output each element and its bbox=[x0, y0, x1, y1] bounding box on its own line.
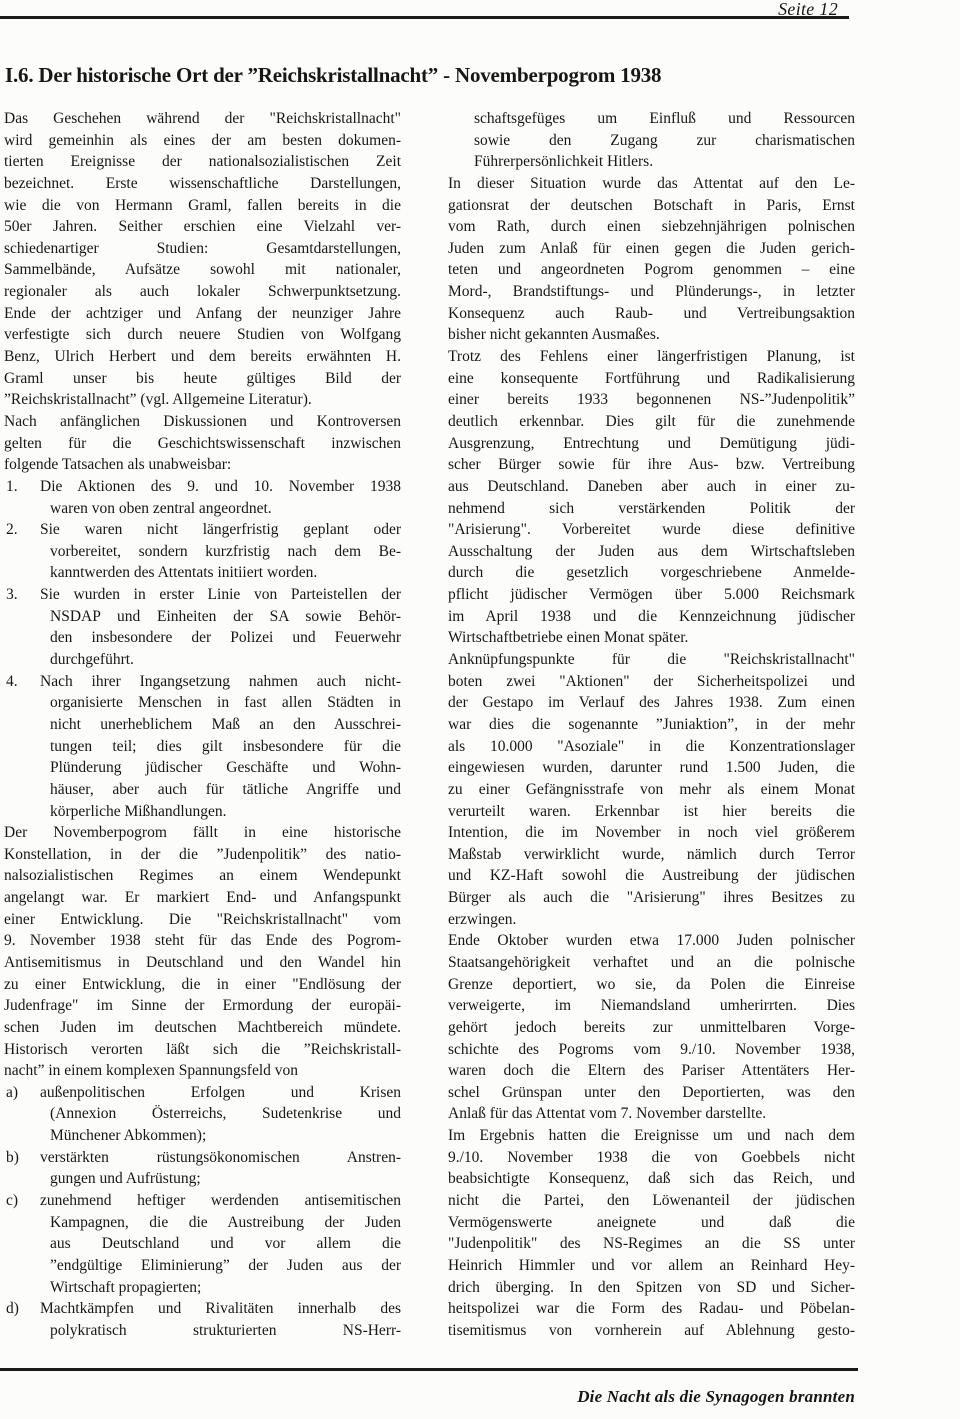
text-line: war dies die sogenannte ”Juniaktion”, in… bbox=[448, 714, 855, 736]
text-line-content: Grenze deportiert, wo sie, da Polen die … bbox=[448, 976, 855, 993]
text-line-content: nacht” in einem komplexen Spannungsfeld … bbox=[4, 1062, 298, 1079]
text-line-content: zu einer Entwicklung, die in einer "Endl… bbox=[4, 976, 401, 993]
text-line-content: Führerpersönlichkeit Hitlers. bbox=[474, 153, 653, 170]
text-line-content: Machtkämpfen und Rivalitäten innerhalb d… bbox=[40, 1300, 401, 1317]
text-line-content: Bürger als auch die "Arisierung" ihres B… bbox=[448, 889, 855, 906]
list-marker: 3. bbox=[6, 584, 18, 606]
text-line: 3.Sie wurden in erster Linie von Parteis… bbox=[4, 584, 401, 606]
text-line-content: schichte des Pogroms vom 9./10. November… bbox=[448, 1041, 855, 1058]
text-line: Antisemitismus in Deutschland und den Wa… bbox=[4, 952, 401, 974]
text-line-content: gationsrat der deutschen Botschaft in Pa… bbox=[448, 197, 855, 214]
text-line: vom Rath, durch einen siebzehnjährigen p… bbox=[448, 216, 855, 238]
text-line: tungen teil; dies gilt insbesondere für … bbox=[4, 736, 401, 758]
text-line-content: Münchener Abkommen); bbox=[50, 1127, 206, 1144]
text-line-content: Maßstab verwirklicht wurde, nämlich durc… bbox=[448, 846, 855, 863]
text-line: und KZ-Haft sowohl die Austreibung der j… bbox=[448, 865, 855, 887]
text-line-content: regionaler als auch lokaler Schwerpunkts… bbox=[4, 283, 401, 300]
text-line: vorbereitet, sondern kurzfristig nach de… bbox=[4, 541, 401, 563]
text-line-content: gelten für die Geschichtswissenschaft in… bbox=[4, 435, 401, 452]
text-line: kanntwerden des Attentats initiiert word… bbox=[4, 562, 401, 584]
text-line: angelangt war. Er markiert End- und Anfa… bbox=[4, 887, 401, 909]
text-line-content: einer Entwicklung. Die "Reichskristallna… bbox=[4, 911, 401, 928]
text-line: wird gemeinhin als eines der am besten d… bbox=[4, 130, 401, 152]
text-line: verweigerte, im Niemandsland umherirrten… bbox=[448, 995, 855, 1017]
text-line-content: zunehmend heftiger werdenden antisemitis… bbox=[40, 1192, 401, 1209]
text-line-content: beabsichtigte Konsequenz, daß sich das R… bbox=[448, 1170, 855, 1187]
text-line: Ende der achtziger und Anfang der neunzi… bbox=[4, 303, 401, 325]
text-line: tierten Ereignisse der nationalsozialist… bbox=[4, 151, 401, 173]
list-marker: c) bbox=[6, 1190, 18, 1212]
text-line: bisher nicht gekannten Ausmaßes. bbox=[448, 324, 855, 346]
text-line: Graml unser bis heute gültiges Bild der bbox=[4, 368, 401, 390]
text-line: polykratisch strukturierten NS-Herr- bbox=[4, 1320, 401, 1342]
text-line: sowie den Zugang zur charismatischen bbox=[448, 130, 855, 152]
text-line: drich überging. In den Spitzen von SD un… bbox=[448, 1277, 855, 1299]
list-marker: d) bbox=[6, 1298, 19, 1320]
text-line: Münchener Abkommen); bbox=[4, 1125, 401, 1147]
text-line: a)außenpolitischen Erfolgen und Krisen bbox=[4, 1082, 401, 1104]
text-line: ”endgültige Eliminierung” der Juden aus … bbox=[4, 1255, 401, 1277]
text-line: Sammelbände, Aufsätze sowohl mit nationa… bbox=[4, 259, 401, 281]
text-line-content: pflicht jüdischer Vermögen über 5.000 Re… bbox=[448, 586, 855, 603]
text-line-content: gungen und Aufrüstung; bbox=[50, 1170, 201, 1187]
text-line-content: waren von oben zentral angeordnet. bbox=[50, 500, 272, 517]
text-line-content: Ende der achtziger und Anfang der neunzi… bbox=[4, 305, 401, 322]
text-line: Judenfrage" im Sinne der Ermordung der e… bbox=[4, 995, 401, 1017]
text-line-content: In dieser Situation wurde das Attentat a… bbox=[448, 175, 855, 192]
text-line: Anlaß für das Attentat vom 7. November d… bbox=[448, 1103, 855, 1125]
text-line: (Annexion Österreichs, Sudetenkrise und bbox=[4, 1103, 401, 1125]
text-line: b)verstärkten rüstungsökonomischen Anstr… bbox=[4, 1147, 401, 1169]
text-line-content: Graml unser bis heute gültiges Bild der bbox=[4, 370, 401, 387]
text-line: 2.Sie waren nicht längerfristig geplant … bbox=[4, 519, 401, 541]
text-line: Grenze deportiert, wo sie, da Polen die … bbox=[448, 974, 855, 996]
text-line: NSDAP und Einheiten der SA sowie Behör- bbox=[4, 606, 401, 628]
text-line: Plünderung jüdischer Geschäfte und Wohn- bbox=[4, 757, 401, 779]
text-line-content: nehmend sich verstärkenden Politik der bbox=[448, 500, 855, 517]
text-line-content: Judenfrage" im Sinne der Ermordung der e… bbox=[4, 997, 401, 1014]
text-line-content: waren doch die Eltern des Pariser Attent… bbox=[448, 1062, 855, 1079]
text-line: schaftsgefüges um Einfluß und Ressourcen bbox=[448, 108, 855, 130]
text-line: Wirtschaftbetriebe einen Monat später. bbox=[448, 627, 855, 649]
text-line: bezeichnet. Erste wissenschaftliche Dars… bbox=[4, 173, 401, 195]
text-line: Ausgrenzung, Entrechtung und Demütigung … bbox=[448, 433, 855, 455]
text-line: nicht die Partei, den Löwenanteil der jü… bbox=[448, 1190, 855, 1212]
text-line: Benz, Ulrich Herbert und dem bereits erw… bbox=[4, 346, 401, 368]
text-line-content: im April 1938 und die Kennzeichnung jüdi… bbox=[448, 608, 855, 625]
text-line: waren doch die Eltern des Pariser Attent… bbox=[448, 1060, 855, 1082]
text-line: körperliche Mißhandlungen. bbox=[4, 801, 401, 823]
text-line-content: den insbesondere der Polizei und Feuerwe… bbox=[50, 629, 401, 646]
text-line-content: Sie wurden in erster Linie von Parteiste… bbox=[40, 586, 401, 603]
text-line: 9. November 1938 steht für das Ende des … bbox=[4, 930, 401, 952]
text-line: durchgeführt. bbox=[4, 649, 401, 671]
text-line: verurteilt waren. Erkennbar ist hier ber… bbox=[448, 801, 855, 823]
text-line-content: vorbereitet, sondern kurzfristig nach de… bbox=[50, 543, 401, 560]
list-marker: 1. bbox=[6, 476, 18, 498]
text-line: beabsichtigte Konsequenz, daß sich das R… bbox=[448, 1168, 855, 1190]
text-line: Ende Oktober wurden etwa 17.000 Juden po… bbox=[448, 930, 855, 952]
text-line: 4.Nach ihrer Ingangsetzung nahmen auch n… bbox=[4, 671, 401, 693]
text-line-content: schiedenartiger Studien: Gesamtdarstellu… bbox=[4, 240, 401, 257]
text-line-content: verstärkten rüstungsökonomischen Anstren… bbox=[40, 1149, 401, 1166]
text-line-content: Ausgrenzung, Entrechtung und Demütigung … bbox=[448, 435, 855, 452]
text-line-content: schen Juden im deutschen Machtbereich mü… bbox=[4, 1019, 401, 1036]
text-line: Kampagnen, die die Austreibung der Juden bbox=[4, 1212, 401, 1234]
text-line: Das Geschehen während der "Reichskristal… bbox=[4, 108, 401, 130]
text-line: teten und angeordneten Pogrom genommen –… bbox=[448, 259, 855, 281]
text-line-content: Konstellation, in der die ”Judenpolitik”… bbox=[4, 846, 401, 863]
text-line: regionaler als auch lokaler Schwerpunkts… bbox=[4, 281, 401, 303]
text-line: Konsequenz auch Raub- und Vertreibungsak… bbox=[448, 303, 855, 325]
text-line: erzwingen. bbox=[448, 909, 855, 931]
text-line-content: Antisemitismus in Deutschland und den Wa… bbox=[4, 954, 401, 971]
text-line-content: tisemitismus von vornherein auf Ablehnun… bbox=[448, 1322, 855, 1339]
text-line: c)zunehmend heftiger werdenden antisemit… bbox=[4, 1190, 401, 1212]
text-line-content: nalsozialistischen Regimes an einem Wend… bbox=[4, 867, 401, 884]
text-line-content: verfestigte sich durch neuere Studien vo… bbox=[4, 326, 401, 343]
text-line-content: verurteilt waren. Erkennbar ist hier ber… bbox=[448, 803, 855, 820]
text-line-content: Nach anfänglichen Diskussionen und Kontr… bbox=[4, 413, 401, 430]
text-line: Bürger als auch die "Arisierung" ihres B… bbox=[448, 887, 855, 909]
text-line: Konstellation, in der die ”Judenpolitik”… bbox=[4, 844, 401, 866]
text-line: Trotz des Fehlens einer längerfristigen … bbox=[448, 346, 855, 368]
text-line: heitspolizei war die Form des Radau- und… bbox=[448, 1298, 855, 1320]
text-line: tisemitismus von vornherein auf Ablehnun… bbox=[448, 1320, 855, 1342]
text-line-content: kanntwerden des Attentats initiiert word… bbox=[50, 564, 317, 581]
text-line-content: 9. November 1938 steht für das Ende des … bbox=[4, 932, 401, 949]
text-line-content: war dies die sogenannte ”Juniaktion”, in… bbox=[448, 716, 855, 733]
text-line-content: Plünderung jüdischer Geschäfte und Wohn- bbox=[50, 759, 401, 776]
text-line: deutlich erkennbar. Dies gilt für die zu… bbox=[448, 411, 855, 433]
text-line-content: Anknüpfungspunkte für die "Reichskristal… bbox=[448, 651, 855, 668]
text-line: ”Reichskristallnacht” (vgl. Allgemeine L… bbox=[4, 389, 401, 411]
text-line: "Arisierung". Vorbereitet wurde diese de… bbox=[448, 519, 855, 541]
text-line: einer bereits 1933 begonnenen NS-”Judenp… bbox=[448, 389, 855, 411]
text-line-content: ”endgültige Eliminierung” der Juden aus … bbox=[50, 1257, 401, 1274]
text-line: Nach anfänglichen Diskussionen und Kontr… bbox=[4, 411, 401, 433]
text-line-content: Sammelbände, Aufsätze sowohl mit nationa… bbox=[4, 261, 401, 278]
text-line: eine konsequente Fortführung und Radikal… bbox=[448, 368, 855, 390]
text-line-content: eingewiesen wurden, darunter rund 1.500 … bbox=[448, 759, 855, 776]
text-line-content: bezeichnet. Erste wissenschaftliche Dars… bbox=[4, 175, 401, 192]
text-line-content: und KZ-Haft sowohl die Austreibung der j… bbox=[448, 867, 855, 884]
text-line-content: heitspolizei war die Form des Radau- und… bbox=[448, 1300, 855, 1317]
text-line-content: Trotz des Fehlens einer längerfristigen … bbox=[448, 348, 855, 365]
text-line-content: Intention, die im November in noch viel … bbox=[448, 824, 855, 841]
text-line-content: aus Deutschland. Daneben aber auch in ei… bbox=[448, 478, 855, 495]
text-line-content: Heinrich Himmler und vor allem an Reinha… bbox=[448, 1257, 855, 1274]
text-line: Intention, die im November in noch viel … bbox=[448, 822, 855, 844]
text-line-content: tierten Ereignisse der nationalsozialist… bbox=[4, 153, 401, 170]
text-line-content: Sie waren nicht längerfristig geplant od… bbox=[40, 521, 401, 538]
text-line-content: Vermögenswerte aneignete und daß die bbox=[448, 1214, 855, 1231]
text-line: organisierte Menschen in fast allen Städ… bbox=[4, 692, 401, 714]
text-line: gationsrat der deutschen Botschaft in Pa… bbox=[448, 195, 855, 217]
text-line: schel Grünspan unter den Deportierten, w… bbox=[448, 1082, 855, 1104]
text-line-content: wird gemeinhin als eines der am besten d… bbox=[4, 132, 401, 149]
left-text-column: Das Geschehen während der "Reichskristal… bbox=[4, 108, 401, 1342]
text-line-content: Kampagnen, die die Austreibung der Juden bbox=[50, 1214, 401, 1231]
text-line-content: einer bereits 1933 begonnenen NS-”Judenp… bbox=[448, 391, 855, 408]
text-line: boten zwei "Aktionen" der Sicherheitspol… bbox=[448, 671, 855, 693]
text-line: Führerpersönlichkeit Hitlers. bbox=[448, 151, 855, 173]
text-line-content: nicht die Partei, den Löwenanteil der jü… bbox=[448, 1192, 855, 1209]
text-line-content: Konsequenz auch Raub- und Vertreibungsak… bbox=[448, 305, 855, 322]
text-line-content: tungen teil; dies gilt insbesondere für … bbox=[50, 738, 401, 755]
text-line: Juden zum Anlaß für einen gegen die Jude… bbox=[448, 238, 855, 260]
text-line-content: Ausschaltung der Juden aus dem Wirtschaf… bbox=[448, 543, 855, 560]
text-line-content: Staatsangehörigkeit verhaftet und an die… bbox=[448, 954, 855, 971]
text-line: 1.Die Aktionen des 9. und 10. November 1… bbox=[4, 476, 401, 498]
text-line-content: schaftsgefüges um Einfluß und Ressourcen bbox=[474, 110, 855, 127]
text-line-content: angelangt war. Er markiert End- und Anfa… bbox=[4, 889, 401, 906]
text-line: Im Ergebnis hatten die Ereignisse um und… bbox=[448, 1125, 855, 1147]
text-line-content: 9./10. November 1938 die von Goebbels ni… bbox=[448, 1149, 855, 1166]
header-rule bbox=[0, 16, 849, 19]
text-line: nacht” in einem komplexen Spannungsfeld … bbox=[4, 1060, 401, 1082]
text-line-content: Mord-, Brandstiftungs- und Plünderungs-,… bbox=[448, 283, 855, 300]
text-line: Historisch verorten läßt sich die ”Reich… bbox=[4, 1039, 401, 1061]
text-line-content: drich überging. In den Spitzen von SD un… bbox=[448, 1279, 855, 1296]
text-line: schichte des Pogroms vom 9./10. November… bbox=[448, 1039, 855, 1061]
text-line: der Gestapo im Verlauf des Jahres 1938. … bbox=[448, 692, 855, 714]
text-line-content: ”Reichskristallnacht” (vgl. Allgemeine L… bbox=[4, 391, 312, 408]
list-marker: b) bbox=[6, 1147, 19, 1169]
text-line: schen Juden im deutschen Machtbereich mü… bbox=[4, 1017, 401, 1039]
text-line-content: Nach ihrer Ingangsetzung nahmen auch nic… bbox=[40, 673, 401, 690]
text-line: scher Bürger sowie für ihre Aus- bzw. Ve… bbox=[448, 454, 855, 476]
text-line-content: außenpolitischen Erfolgen und Krisen bbox=[40, 1084, 401, 1101]
text-line: d)Machtkämpfen und Rivalitäten innerhalb… bbox=[4, 1298, 401, 1320]
text-line: gelten für die Geschichtswissenschaft in… bbox=[4, 433, 401, 455]
text-line-content: boten zwei "Aktionen" der Sicherheitspol… bbox=[448, 673, 855, 690]
text-line-content: als 10.000 "Asoziale" in die Konzentrati… bbox=[448, 738, 855, 755]
text-line-content: erzwingen. bbox=[448, 911, 516, 928]
text-line: nehmend sich verstärkenden Politik der bbox=[448, 498, 855, 520]
text-line-content: Im Ergebnis hatten die Ereignisse um und… bbox=[448, 1127, 855, 1144]
text-line-content: Historisch verorten läßt sich die ”Reich… bbox=[4, 1041, 401, 1058]
text-line-content: nicht unerheblichem Maß an den Ausschrei… bbox=[50, 716, 401, 733]
text-line-content: zu einer Gefängnisstrafe von mehr als ei… bbox=[448, 781, 855, 798]
text-line-content: wie die von Hermann Graml, fallen bereit… bbox=[4, 197, 401, 214]
text-line-content: verweigerte, im Niemandsland umherirrten… bbox=[448, 997, 855, 1014]
text-line-content: Anlaß für das Attentat vom 7. November d… bbox=[448, 1105, 766, 1122]
text-line-content: durchgeführt. bbox=[50, 651, 134, 668]
text-line: gungen und Aufrüstung; bbox=[4, 1168, 401, 1190]
text-line-content: Ende Oktober wurden etwa 17.000 Juden po… bbox=[448, 932, 855, 949]
text-line-content: eine konsequente Fortführung und Radikal… bbox=[448, 370, 855, 387]
text-line: Der Novemberpogrom fällt in eine histori… bbox=[4, 822, 401, 844]
text-line: gehört jedoch bereits zur unmittelbaren … bbox=[448, 1017, 855, 1039]
text-line-content: "Judenpolitik" des NS-Regimes an die SS … bbox=[448, 1235, 855, 1252]
text-line: In dieser Situation wurde das Attentat a… bbox=[448, 173, 855, 195]
text-line-content: körperliche Mißhandlungen. bbox=[50, 803, 226, 820]
text-line-content: NSDAP und Einheiten der SA sowie Behör- bbox=[50, 608, 401, 625]
text-line: Wirtschaft propagierten; bbox=[4, 1277, 401, 1299]
text-line-content: vom Rath, durch einen siebzehnjährigen p… bbox=[448, 218, 855, 235]
text-line: durch die gesetzlich vorgeschriebene Anm… bbox=[448, 562, 855, 584]
list-marker: 2. bbox=[6, 519, 18, 541]
list-marker: 4. bbox=[6, 671, 18, 693]
text-line: folgende Tatsachen als unabweisbar: bbox=[4, 454, 401, 476]
text-line: Mord-, Brandstiftungs- und Plünderungs-,… bbox=[448, 281, 855, 303]
text-line-content: Die Aktionen des 9. und 10. November 193… bbox=[40, 478, 401, 495]
text-line-content: deutlich erkennbar. Dies gilt für die zu… bbox=[448, 413, 855, 430]
text-line-content: Wirtschaftbetriebe einen Monat später. bbox=[448, 629, 688, 646]
text-line-content: bisher nicht gekannten Ausmaßes. bbox=[448, 326, 660, 343]
text-line: Vermögenswerte aneignete und daß die bbox=[448, 1212, 855, 1234]
footer-book-title: Die Nacht als die Synagogen brannten bbox=[448, 1387, 855, 1407]
scanned-document-page: Seite 12 I.6. Der historische Ort der ”R… bbox=[0, 0, 960, 1419]
text-line-content: häuser, aber auch für tätliche Angriffe … bbox=[50, 781, 401, 798]
text-line: waren von oben zentral angeordnet. bbox=[4, 498, 401, 520]
text-line-content: schel Grünspan unter den Deportierten, w… bbox=[448, 1084, 855, 1101]
text-line: 50er Jahren. Seither erschien eine Vielz… bbox=[4, 216, 401, 238]
text-line-content: Wirtschaft propagierten; bbox=[50, 1279, 201, 1296]
text-line-content: polykratisch strukturierten NS-Herr- bbox=[50, 1322, 401, 1339]
text-line-content: der Gestapo im Verlauf des Jahres 1938. … bbox=[448, 694, 855, 711]
text-line-content: Juden zum Anlaß für einen gegen die Jude… bbox=[448, 240, 855, 257]
text-line: eingewiesen wurden, darunter rund 1.500 … bbox=[448, 757, 855, 779]
text-line: zu einer Gefängnisstrafe von mehr als ei… bbox=[448, 779, 855, 801]
text-line: im April 1938 und die Kennzeichnung jüdi… bbox=[448, 606, 855, 628]
text-line: "Judenpolitik" des NS-Regimes an die SS … bbox=[448, 1233, 855, 1255]
text-line-content: scher Bürger sowie für ihre Aus- bzw. Ve… bbox=[448, 456, 855, 473]
text-line: nicht unerheblichem Maß an den Ausschrei… bbox=[4, 714, 401, 736]
text-line-content: "Arisierung". Vorbereitet wurde diese de… bbox=[448, 521, 855, 538]
text-line: Heinrich Himmler und vor allem an Reinha… bbox=[448, 1255, 855, 1277]
text-line-content: 50er Jahren. Seither erschien eine Vielz… bbox=[4, 218, 401, 235]
text-line: schiedenartiger Studien: Gesamtdarstellu… bbox=[4, 238, 401, 260]
text-line: einer Entwicklung. Die "Reichskristallna… bbox=[4, 909, 401, 931]
text-line-content: Benz, Ulrich Herbert und dem bereits erw… bbox=[4, 348, 401, 365]
text-line: als 10.000 "Asoziale" in die Konzentrati… bbox=[448, 736, 855, 758]
text-line-content: sowie den Zugang zur charismatischen bbox=[474, 132, 855, 149]
text-line: aus Deutschland. Daneben aber auch in ei… bbox=[448, 476, 855, 498]
text-line: Maßstab verwirklicht wurde, nämlich durc… bbox=[448, 844, 855, 866]
text-line: den insbesondere der Polizei und Feuerwe… bbox=[4, 627, 401, 649]
text-line: pflicht jüdischer Vermögen über 5.000 Re… bbox=[448, 584, 855, 606]
text-line: Staatsangehörigkeit verhaftet und an die… bbox=[448, 952, 855, 974]
text-line-content: Das Geschehen während der "Reichskristal… bbox=[4, 110, 401, 127]
text-line: Ausschaltung der Juden aus dem Wirtschaf… bbox=[448, 541, 855, 563]
text-line: wie die von Hermann Graml, fallen bereit… bbox=[4, 195, 401, 217]
text-line: nalsozialistischen Regimes an einem Wend… bbox=[4, 865, 401, 887]
text-line: verfestigte sich durch neuere Studien vo… bbox=[4, 324, 401, 346]
text-line-content: (Annexion Österreichs, Sudetenkrise und bbox=[50, 1105, 401, 1122]
text-line-content: durch die gesetzlich vorgeschriebene Anm… bbox=[448, 564, 855, 581]
text-line-content: gehört jedoch bereits zur unmittelbaren … bbox=[448, 1019, 855, 1036]
list-marker: a) bbox=[6, 1082, 18, 1104]
section-title: I.6. Der historische Ort der ”Reichskris… bbox=[5, 63, 661, 88]
text-line: häuser, aber auch für tätliche Angriffe … bbox=[4, 779, 401, 801]
right-text-column: schaftsgefüges um Einfluß und Ressourcen… bbox=[448, 108, 855, 1342]
text-line: 9./10. November 1938 die von Goebbels ni… bbox=[448, 1147, 855, 1169]
text-line-content: Der Novemberpogrom fällt in eine histori… bbox=[4, 824, 401, 841]
text-line: aus Deutschland und vor allem die bbox=[4, 1233, 401, 1255]
text-line-content: aus Deutschland und vor allem die bbox=[50, 1235, 401, 1252]
text-line-content: organisierte Menschen in fast allen Städ… bbox=[50, 694, 401, 711]
text-line-content: teten und angeordneten Pogrom genommen –… bbox=[448, 261, 855, 278]
text-line-content: folgende Tatsachen als unabweisbar: bbox=[4, 456, 231, 473]
text-line: zu einer Entwicklung, die in einer "Endl… bbox=[4, 974, 401, 996]
footer-rule bbox=[0, 1368, 858, 1371]
text-line: Anknüpfungspunkte für die "Reichskristal… bbox=[448, 649, 855, 671]
